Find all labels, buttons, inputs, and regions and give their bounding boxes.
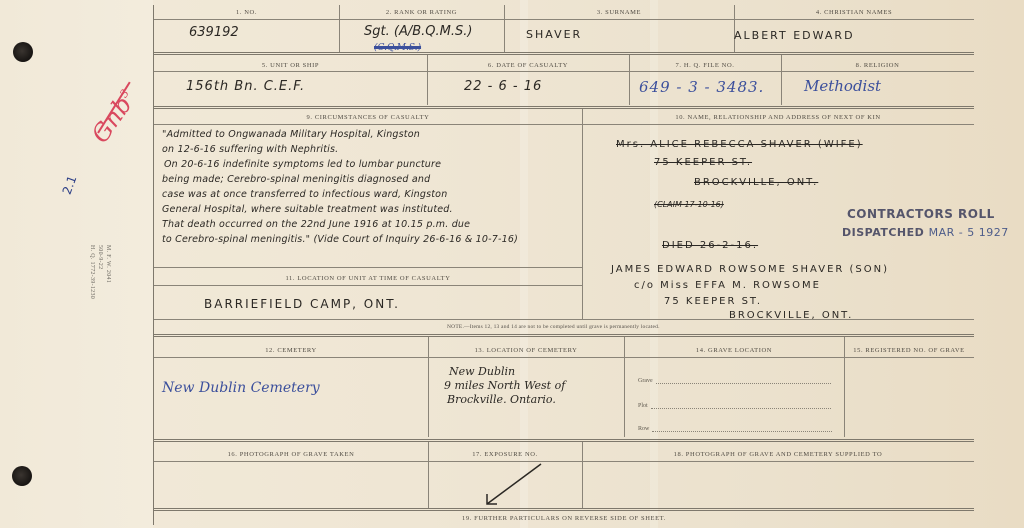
rule — [154, 319, 974, 320]
rule — [154, 508, 974, 511]
label-rank: 2. Rank or Rating — [339, 9, 504, 16]
rule — [154, 334, 974, 337]
field-location-of-unit: BARRIEFIELD CAMP, ONT. — [204, 297, 400, 311]
label-circumstances: 9. Circumstances of Casualty — [154, 114, 582, 121]
label-unit: 5. Unit or Ship — [154, 62, 427, 69]
note-text: NOTE.—Items 12, 13 and 14 are not to be … — [447, 324, 660, 330]
label-cemetery: 12. Cemetery — [154, 347, 428, 354]
label-location-of-unit: 11. Location of Unit at Time of Casualty — [154, 275, 582, 282]
label-next-of-kin: 10. Name, Relationship and Address of Ne… — [582, 114, 974, 121]
label-exposure-no: 17. Exposure No. — [428, 451, 582, 458]
rule — [154, 106, 974, 109]
label-location-of-cemetery: 13. Location of Cemetery — [428, 347, 624, 354]
punch-hole-bottom — [12, 466, 32, 486]
label-religion: 8. Religion — [781, 62, 974, 69]
punch-hole-top — [13, 42, 33, 62]
field-hq-file-no: 649 - 3 - 3483. — [639, 78, 764, 96]
rule — [154, 52, 974, 55]
field-surname: SHAVER — [526, 28, 582, 41]
label-further-particulars: 19. Further Particulars on Reverse Side … — [154, 515, 974, 522]
field-no: 639192 — [189, 25, 239, 40]
rule — [582, 109, 583, 319]
field-unit: 156th Bn. C.E.F. — [186, 79, 305, 94]
field-christian-names: ALBERT EDWARD — [734, 29, 855, 42]
rule — [154, 357, 974, 358]
rule — [154, 19, 974, 20]
label-christian-names: 4. Christian Names — [734, 9, 974, 16]
field-religion: Methodist — [804, 77, 881, 95]
rule — [154, 124, 974, 125]
field-rank: Sgt. (A/B.Q.M.S.) — [364, 24, 472, 39]
rule — [154, 439, 974, 442]
casualty-form: 1. No. 2. Rank or Rating 3. Surname 4. C… — [153, 5, 1010, 525]
grave-row: Grave — [638, 377, 831, 384]
field-date-of-casualty: 22 - 6 - 16 — [464, 79, 542, 94]
rule — [154, 71, 974, 72]
label-hq-file-no: 7. H. Q. File No. — [629, 62, 781, 69]
binding-margin — [0, 0, 153, 528]
rule — [154, 267, 582, 268]
label-grave-location: 14. Grave Location — [624, 347, 844, 354]
label-no: 1. No. — [154, 9, 339, 16]
rule — [154, 461, 974, 462]
label-registered-no: 15. Registered No. of Grave — [844, 347, 974, 354]
label-date-of-casualty: 6. Date of Casualty — [427, 62, 629, 69]
plot-row: Plot — [638, 402, 831, 409]
rule — [154, 285, 582, 286]
label-photo-taken: 16. Photograph of Grave Taken — [154, 451, 428, 458]
side-print-codes: M. F. W. 2041 500-9-22 H. Q. 1772-39-123… — [88, 245, 112, 355]
field-cemetery: New Dublin Cemetery — [162, 380, 320, 396]
arrow-mark-icon — [479, 460, 549, 510]
label-photo-supplied: 18. Photograph of Grave and Cemetery Sup… — [582, 451, 974, 458]
row-row: Row — [638, 425, 832, 432]
label-surname: 3. Surname — [504, 9, 734, 16]
